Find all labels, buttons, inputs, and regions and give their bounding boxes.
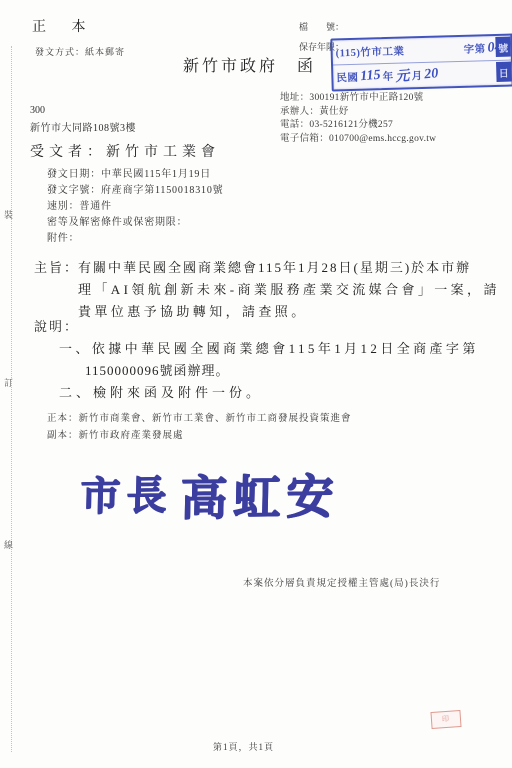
scanned-official-letter: { "page": { "copy_type": "正 本", "deliver…: [0, 0, 512, 768]
subject-line-3: 貴單位惠予協助轉知，請查照。: [78, 301, 308, 320]
issue-date: 發文日期：中華民國115年1月19日: [47, 167, 223, 183]
stamp-year-label: 年: [382, 68, 393, 83]
cc-recipients: 副本：新竹市政府產業發展處: [47, 427, 184, 441]
issue-number: 發文字號：府產商字第1150018310號: [47, 183, 223, 199]
sender-phone: 電話：03-5216121分機257: [280, 119, 436, 133]
explanation-item1-line2: 1150000096號函辦理。: [85, 360, 230, 379]
approval-seal: 印: [430, 710, 461, 729]
binding-mark-zhuang: 裝: [4, 208, 13, 221]
copy-type-label: 正 本: [32, 16, 97, 36]
registry-stamp-row2: 民國 115 年 元 月 20 日: [333, 61, 512, 90]
stamp-hao-block: 號: [495, 37, 511, 57]
stamp-year-handwritten: 115: [360, 68, 381, 86]
file-number-label: 檔 號：: [299, 20, 344, 33]
stamp-zi-di: 字第: [463, 41, 485, 57]
document-title: 新竹市政府 函: [183, 53, 316, 76]
mayor-signature: 市長高虹安: [79, 459, 339, 530]
binding-mark-xian: 線: [4, 538, 13, 551]
sender-contact-block: 地址：300191新竹市中正路120號 承辦人：黃仕妤 電話：03-521612…: [280, 92, 436, 146]
original-copy-recipients: 正本：新竹市商業會、新竹市工業會、新竹市工商發展投資策進會: [47, 410, 352, 424]
mayor-title: 市長: [80, 473, 173, 519]
delivery-method: 發文方式：紙本郵寄: [35, 45, 125, 58]
explanation-item2: 二、檢附來函及附件一份。: [59, 382, 263, 401]
explanation-item1-line1: 一、依據中華民國全國商業總會115年1月12日全商產字第: [59, 338, 479, 357]
document-meta-block: 發文日期：中華民國115年1月19日 發文字號：府產商字第1150018310號…: [47, 167, 223, 247]
sender-email: 電子信箱：010700@ems.hccg.gov.tw: [280, 133, 436, 147]
sender-contact-person: 承辦人：黃仕妤: [280, 106, 436, 120]
recipient-zip: 300: [30, 105, 45, 116]
mayor-name: 高虹安: [179, 471, 339, 525]
stamp-day-handwritten: 20: [424, 66, 439, 83]
subject-line-2: 理「AI領航創新未來-商業服務產業交流媒合會」一案，請: [78, 279, 500, 298]
speed-class: 速別：普通件: [47, 199, 223, 215]
binding-mark-ding: 訂: [4, 376, 13, 389]
page-number: 第1頁，共1頁: [213, 740, 274, 753]
binding-dotted-line: [11, 46, 12, 752]
stamp-month-handwritten: 元: [395, 65, 411, 86]
stamp-agency: (115)竹市工業: [335, 43, 404, 60]
stamp-month-label: 月: [411, 68, 422, 83]
subject-label: 主旨：: [34, 257, 79, 276]
registry-stamp: (115)竹市工業 字第 041 號 民國 115 年 元 月 20 日: [330, 33, 512, 91]
stamp-ri-block: 日: [496, 62, 512, 82]
attachment-label: 附件：: [47, 231, 223, 247]
subject-line-1: 有關中華民國全國商業總會115年1月28日(星期三)於本市辦: [78, 257, 471, 276]
stamp-minguo: 民國: [336, 69, 358, 85]
authorization-note: 本案依分層負責規定授權主管處(局)長決行: [243, 575, 440, 589]
recipient-address: 新竹市大同路108號3樓: [30, 119, 136, 134]
sender-address: 地址：300191新竹市中正路120號: [280, 92, 436, 106]
recipient-line: 受文者：新竹市工業會: [30, 141, 220, 161]
security-class: 密等及解密條件或保密期限：: [47, 215, 223, 231]
explanation-label: 說明：: [34, 316, 79, 335]
